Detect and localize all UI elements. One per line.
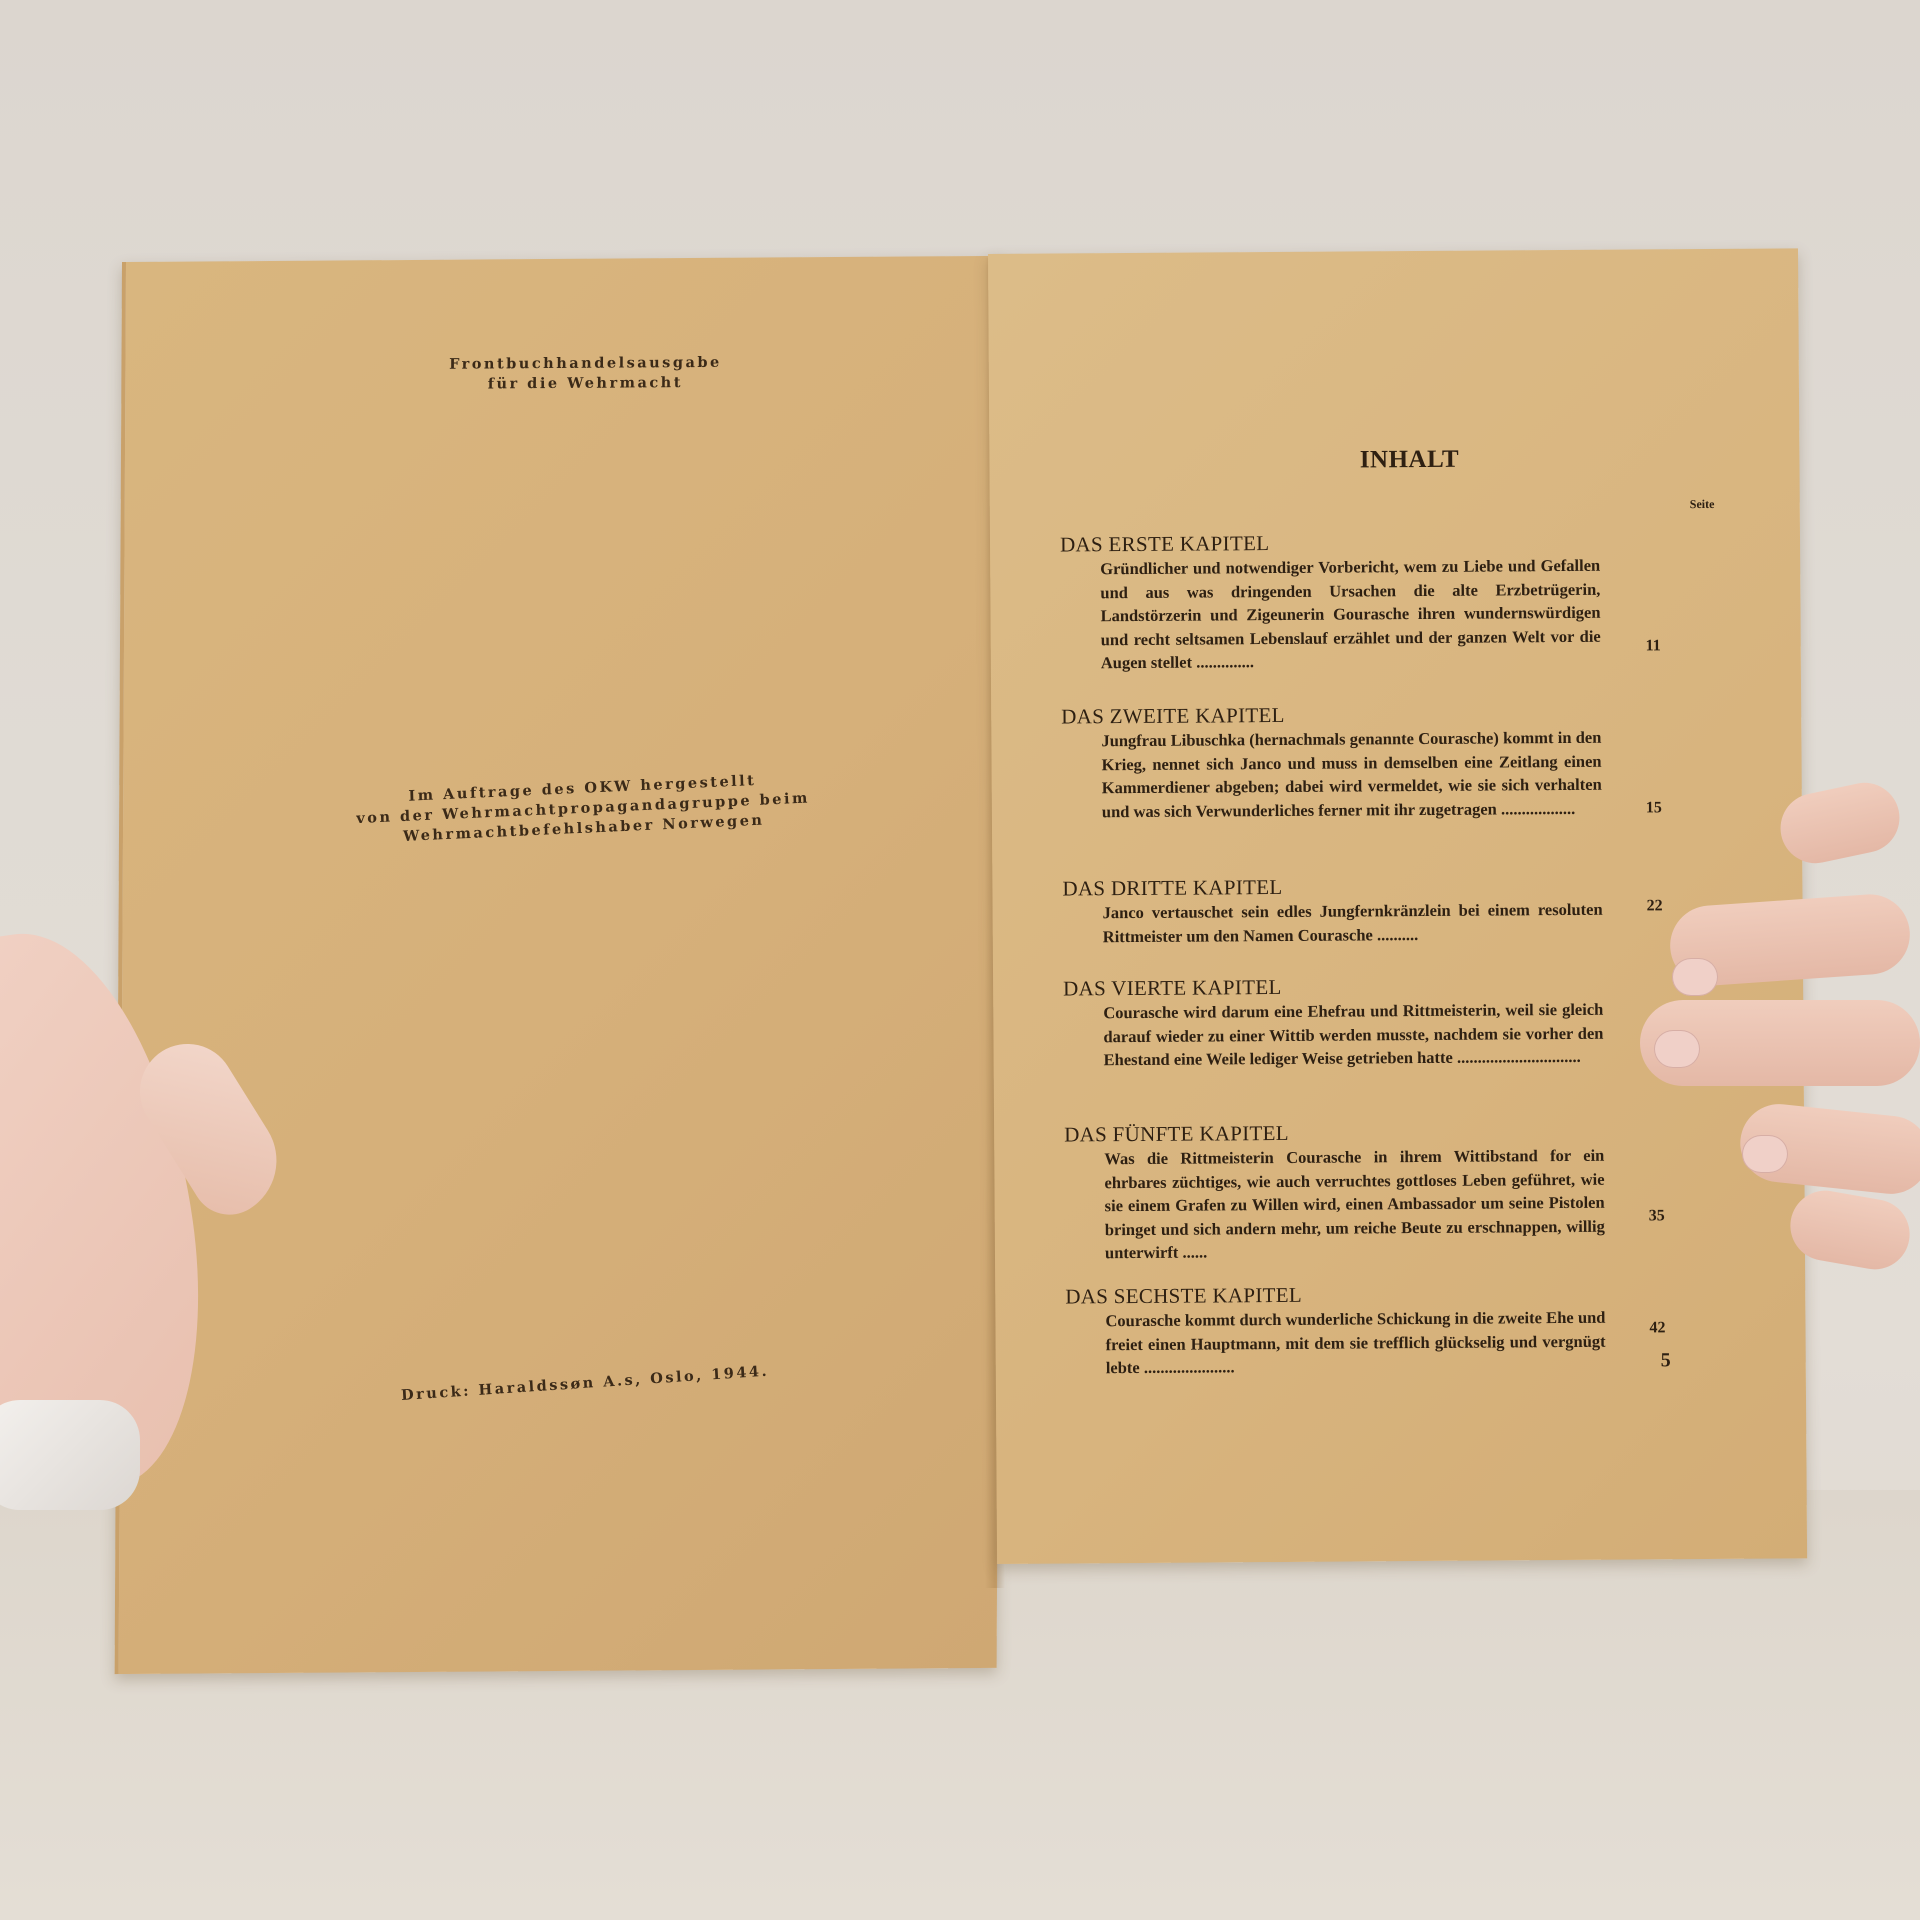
- chapter-heading: DAS ZWEITE KAPITEL: [1061, 699, 1761, 730]
- printer-line: Druck: Haraldssøn A.s, Oslo, 1944.: [350, 1358, 820, 1409]
- chapter-page-number: 42: [1625, 1319, 1665, 1337]
- chapter-page-number: 35: [1625, 1207, 1665, 1225]
- sleeve: [0, 1400, 140, 1510]
- toc-entry: DAS ZWEITE KAPITEL Jungfrau Libuschka (h…: [1061, 699, 1762, 824]
- chapter-heading: DAS VIERTE KAPITEL: [1063, 971, 1763, 1002]
- fingernail: [1672, 958, 1718, 996]
- okw-imprint: Im Auftrage des OKW hergestellt von der …: [272, 765, 894, 853]
- right-page: INHALT Seite DAS ERSTE KAPITEL Gründlich…: [988, 248, 1807, 1564]
- table-of-contents: INHALT Seite DAS ERSTE KAPITEL Gründlich…: [1058, 249, 1758, 254]
- toc-entry: DAS DRITTE KAPITEL Janco vertauschet sei…: [1062, 871, 1762, 949]
- fingernail: [1654, 1030, 1700, 1068]
- toc-entry: DAS FÜNFTE KAPITEL Was die Rittmeisterin…: [1064, 1117, 1765, 1265]
- chapter-description: Gründlicher und notwendiger Vorbericht, …: [1100, 554, 1601, 675]
- chapter-description: Courasche wird darum eine Ehefrau und Ri…: [1103, 998, 1603, 1072]
- chapter-description: Jungfrau Libuschka (hernachmals genannte…: [1101, 726, 1602, 823]
- edition-line-2: für die Wehrmacht: [305, 372, 865, 396]
- fingernail: [1742, 1135, 1788, 1173]
- toc-entry: DAS ERSTE KAPITEL Gründlicher und notwen…: [1060, 527, 1761, 675]
- chapter-heading: DAS FÜNFTE KAPITEL: [1064, 1117, 1764, 1148]
- chapter-description: Courasche kommt durch wunderliche Schick…: [1105, 1306, 1605, 1380]
- chapter-page-number: 22: [1623, 897, 1663, 915]
- edition-note: Frontbuchhandelsausgabe für die Wehrmach…: [305, 352, 865, 396]
- page-column-label: Seite: [1690, 497, 1715, 512]
- chapter-description: Janco vertauschet sein edles Jungfernkrä…: [1103, 898, 1603, 948]
- chapter-description: Was die Rittmeisterin Courasche in ihrem…: [1104, 1144, 1605, 1265]
- chapter-heading: DAS SECHSTE KAPITEL: [1065, 1279, 1765, 1310]
- left-page: Frontbuchhandelsausgabe für die Wehrmach…: [115, 256, 1004, 1674]
- page-number: 5: [1631, 1349, 1671, 1372]
- chapter-page-number: 11: [1621, 637, 1661, 655]
- chapter-heading: DAS ERSTE KAPITEL: [1060, 527, 1760, 558]
- toc-title: INHALT: [1309, 445, 1509, 474]
- chapter-page-number: 15: [1622, 799, 1662, 817]
